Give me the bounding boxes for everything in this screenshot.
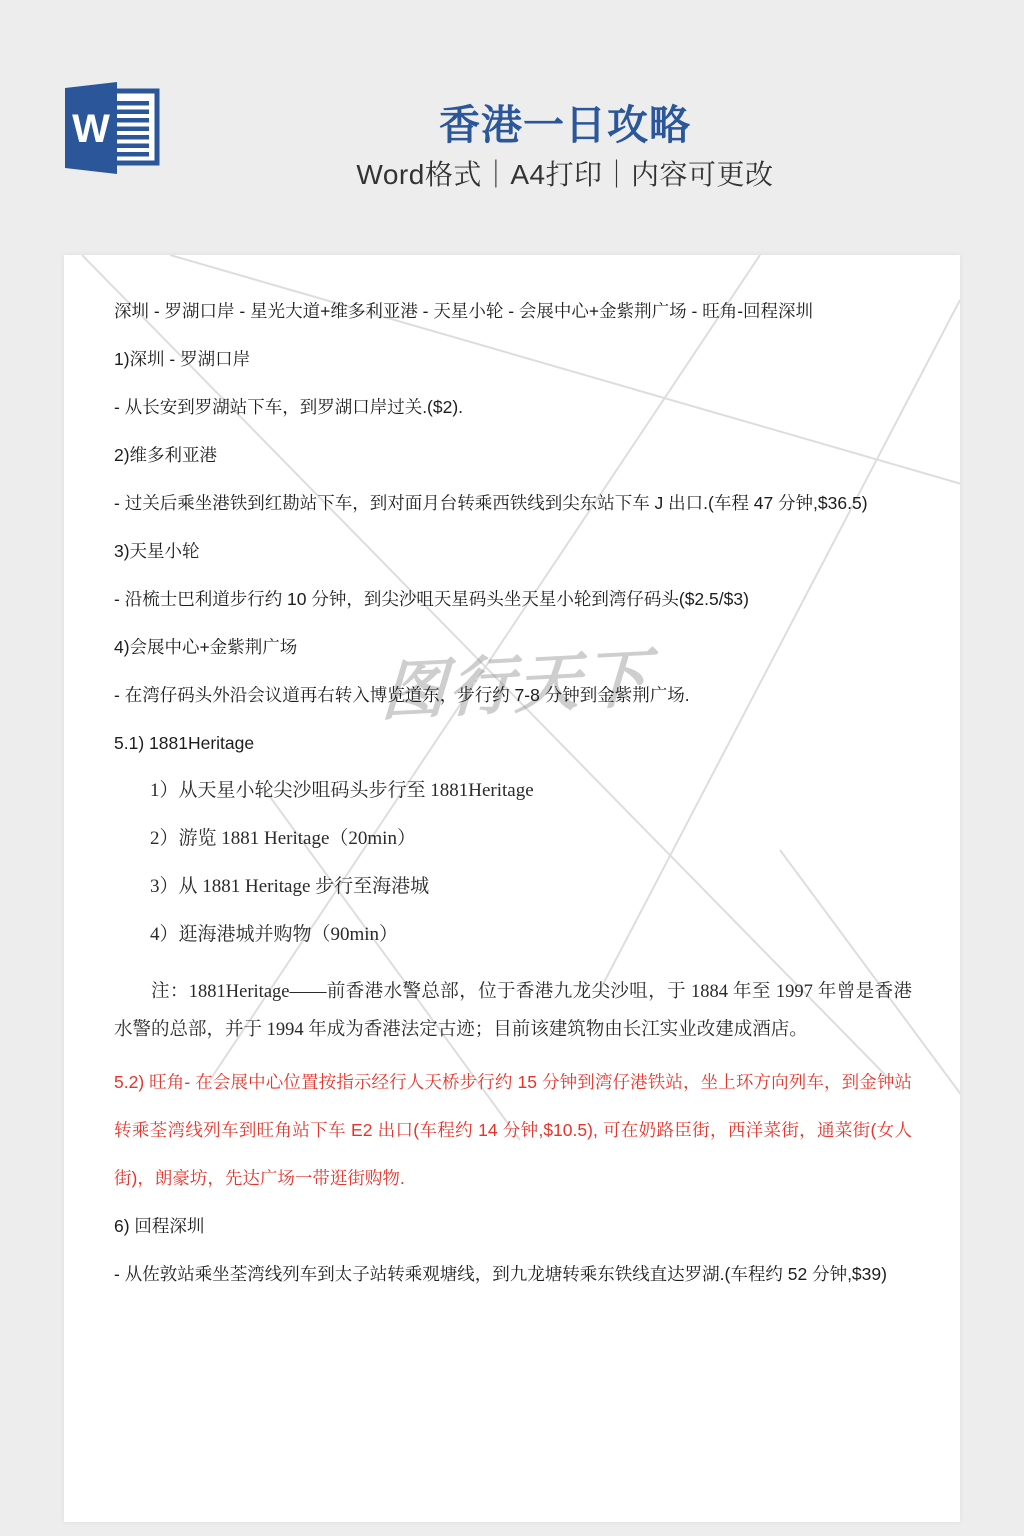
- doc-paragraph: 1)深圳 - 罗湖口岸: [114, 335, 912, 383]
- doc-paragraph: - 从佐敦站乘坐荃湾线列车到太子站转乘观塘线，到九龙塘转乘东铁线直达罗湖.(车程…: [114, 1250, 912, 1298]
- word-icon-letter: W: [72, 107, 110, 151]
- doc-paragraph: - 沿梳士巴利道步行约 10 分钟，到尖沙咀天星码头坐天星小轮到湾仔码头($2.…: [114, 575, 912, 623]
- doc-paragraph: 5.2) 旺角- 在会展中心位置按指示经行人天桥步行约 15 分钟到湾仔港铁站，…: [114, 1058, 912, 1202]
- doc-paragraph: 3）从 1881 Heritage 步行至海港城: [114, 863, 912, 911]
- page-title: 香港一日攻略: [106, 92, 1024, 151]
- doc-paragraph: 2)维多利亚港: [114, 431, 912, 479]
- doc-paragraph: 4）逛海港城并购物（90min）: [114, 911, 912, 959]
- document-body: 深圳 - 罗湖口岸 - 星光大道+维多利亚港 - 天星小轮 - 会展中心+金紫荆…: [64, 255, 960, 1298]
- doc-paragraph: 注：1881Heritage——前香港水警总部，位于香港九龙尖沙咀，于 1884…: [114, 973, 912, 1049]
- screenshot-canvas: W 香港一日攻略 Word格式｜A4打印｜内容可更改 图行天下 深圳 - 罗湖口…: [0, 0, 1024, 1536]
- doc-paragraph: - 过关后乘坐港铁到红勘站下车，到对面月台转乘西铁线到尖东站下车 J 出口.(车…: [114, 479, 912, 527]
- doc-paragraph: 6) 回程深圳: [114, 1202, 912, 1250]
- doc-paragraph: 1）从天星小轮尖沙咀码头步行至 1881Heritage: [114, 767, 912, 815]
- header: W 香港一日攻略 Word格式｜A4打印｜内容可更改: [0, 0, 1024, 255]
- doc-paragraph: 3)天星小轮: [114, 527, 912, 575]
- doc-paragraph: 2）游览 1881 Heritage（20min）: [114, 815, 912, 863]
- page-subtitle: Word格式｜A4打印｜内容可更改: [106, 153, 1024, 193]
- doc-paragraph: 深圳 - 罗湖口岸 - 星光大道+维多利亚港 - 天星小轮 - 会展中心+金紫荆…: [114, 287, 912, 335]
- doc-paragraph: 5.1) 1881Heritage: [114, 719, 912, 767]
- document-page: 图行天下 深圳 - 罗湖口岸 - 星光大道+维多利亚港 - 天星小轮 - 会展中…: [64, 255, 960, 1522]
- doc-paragraph: 4)会展中心+金紫荆广场: [114, 623, 912, 671]
- doc-paragraph: - 在湾仔码头外沿会议道再右转入博览道东，步行约 7-8 分钟到金紫荆广场.: [114, 671, 912, 719]
- doc-paragraph: - 从长安到罗湖站下车，到罗湖口岸过关.($2).: [114, 383, 912, 431]
